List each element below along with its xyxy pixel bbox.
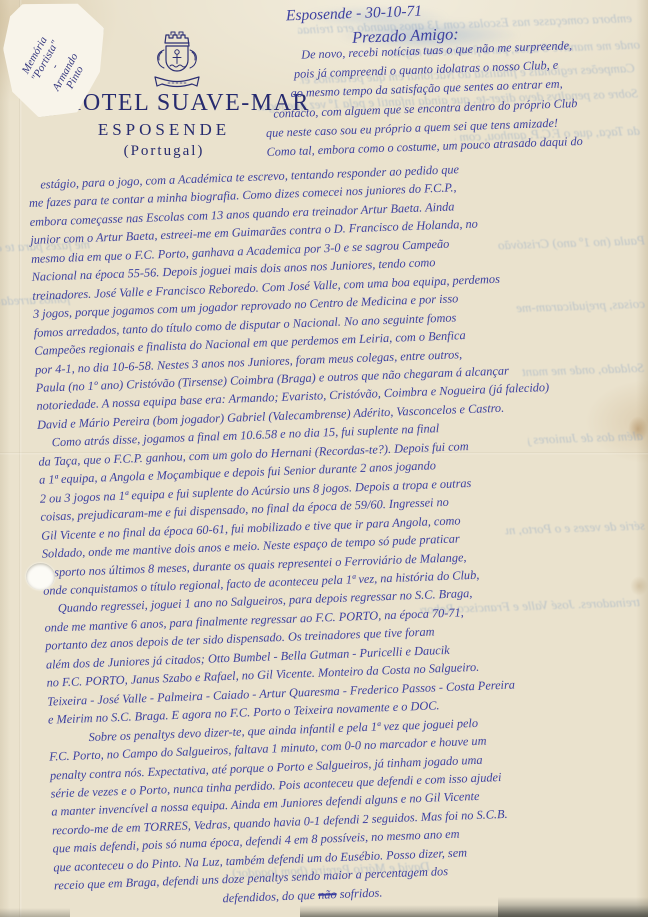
scan-edge-smudge bbox=[498, 897, 648, 917]
esposende-crest-icon bbox=[140, 30, 214, 92]
hole-punch bbox=[26, 563, 55, 590]
hotel-city: ESPOSENDE bbox=[58, 120, 270, 140]
scan-edge-smudge bbox=[0, 908, 70, 917]
letter-intro: De novo, recebi notícias tuas o que não … bbox=[263, 34, 648, 163]
closing-struck-word: não bbox=[318, 887, 337, 902]
closing-prefix: defendidos, do que bbox=[222, 888, 318, 905]
scanned-letter-page: embora começasse nas Escolas com 13 anos… bbox=[0, 0, 648, 917]
closing-suffix: sofridos. bbox=[336, 885, 382, 901]
hotel-country: (Portugal) bbox=[58, 143, 270, 160]
letter-body-lines: estágio, para o jogo, com a Académica te… bbox=[28, 153, 648, 895]
letter-body: estágio, para o jogo, com a Académica te… bbox=[28, 153, 648, 913]
